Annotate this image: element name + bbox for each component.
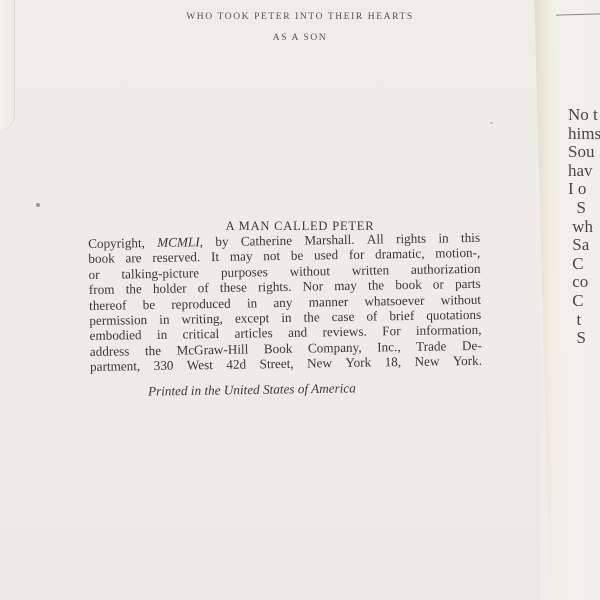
paper-speck [490, 122, 493, 124]
facing-page-line: C [568, 292, 600, 311]
paper-speck [36, 203, 40, 207]
facing-page-line: t [568, 311, 600, 330]
facing-page-line: hims [568, 125, 600, 144]
dedication-line-2: AS A SON [140, 33, 460, 43]
facing-page-line: S [568, 199, 600, 218]
book-photo: MOTHER AND DAD WHO TOOK PETER INTO THEIR… [0, 0, 600, 600]
facing-page-line: I o [568, 180, 600, 199]
dedication-cut-line: MOTHER AND DAD [140, 0, 460, 1]
facing-page-line: wh [568, 218, 600, 237]
facing-page-text: No thimsSouhavI o S wh Sa C co C t S [568, 106, 600, 348]
facing-page-line: Sa [568, 236, 600, 255]
printed-in-line: Printed in the United States of America [148, 380, 356, 399]
facing-page-line: C [568, 255, 600, 274]
copyright-notice: Copyright,MCMLI,byCatherineMarshall.Allr… [88, 230, 482, 375]
facing-page-line: No t [568, 106, 600, 125]
facing-page-line: co [568, 273, 600, 292]
facing-page-line: Sou [568, 143, 600, 162]
facing-page-line: hav [568, 162, 600, 181]
page-edge [0, 0, 15, 130]
left-page: MOTHER AND DAD WHO TOOK PETER INTO THEIR… [0, 0, 540, 600]
dedication-line-1: WHO TOOK PETER INTO THEIR HEARTS [140, 12, 460, 22]
facing-page-line: S [568, 329, 600, 348]
